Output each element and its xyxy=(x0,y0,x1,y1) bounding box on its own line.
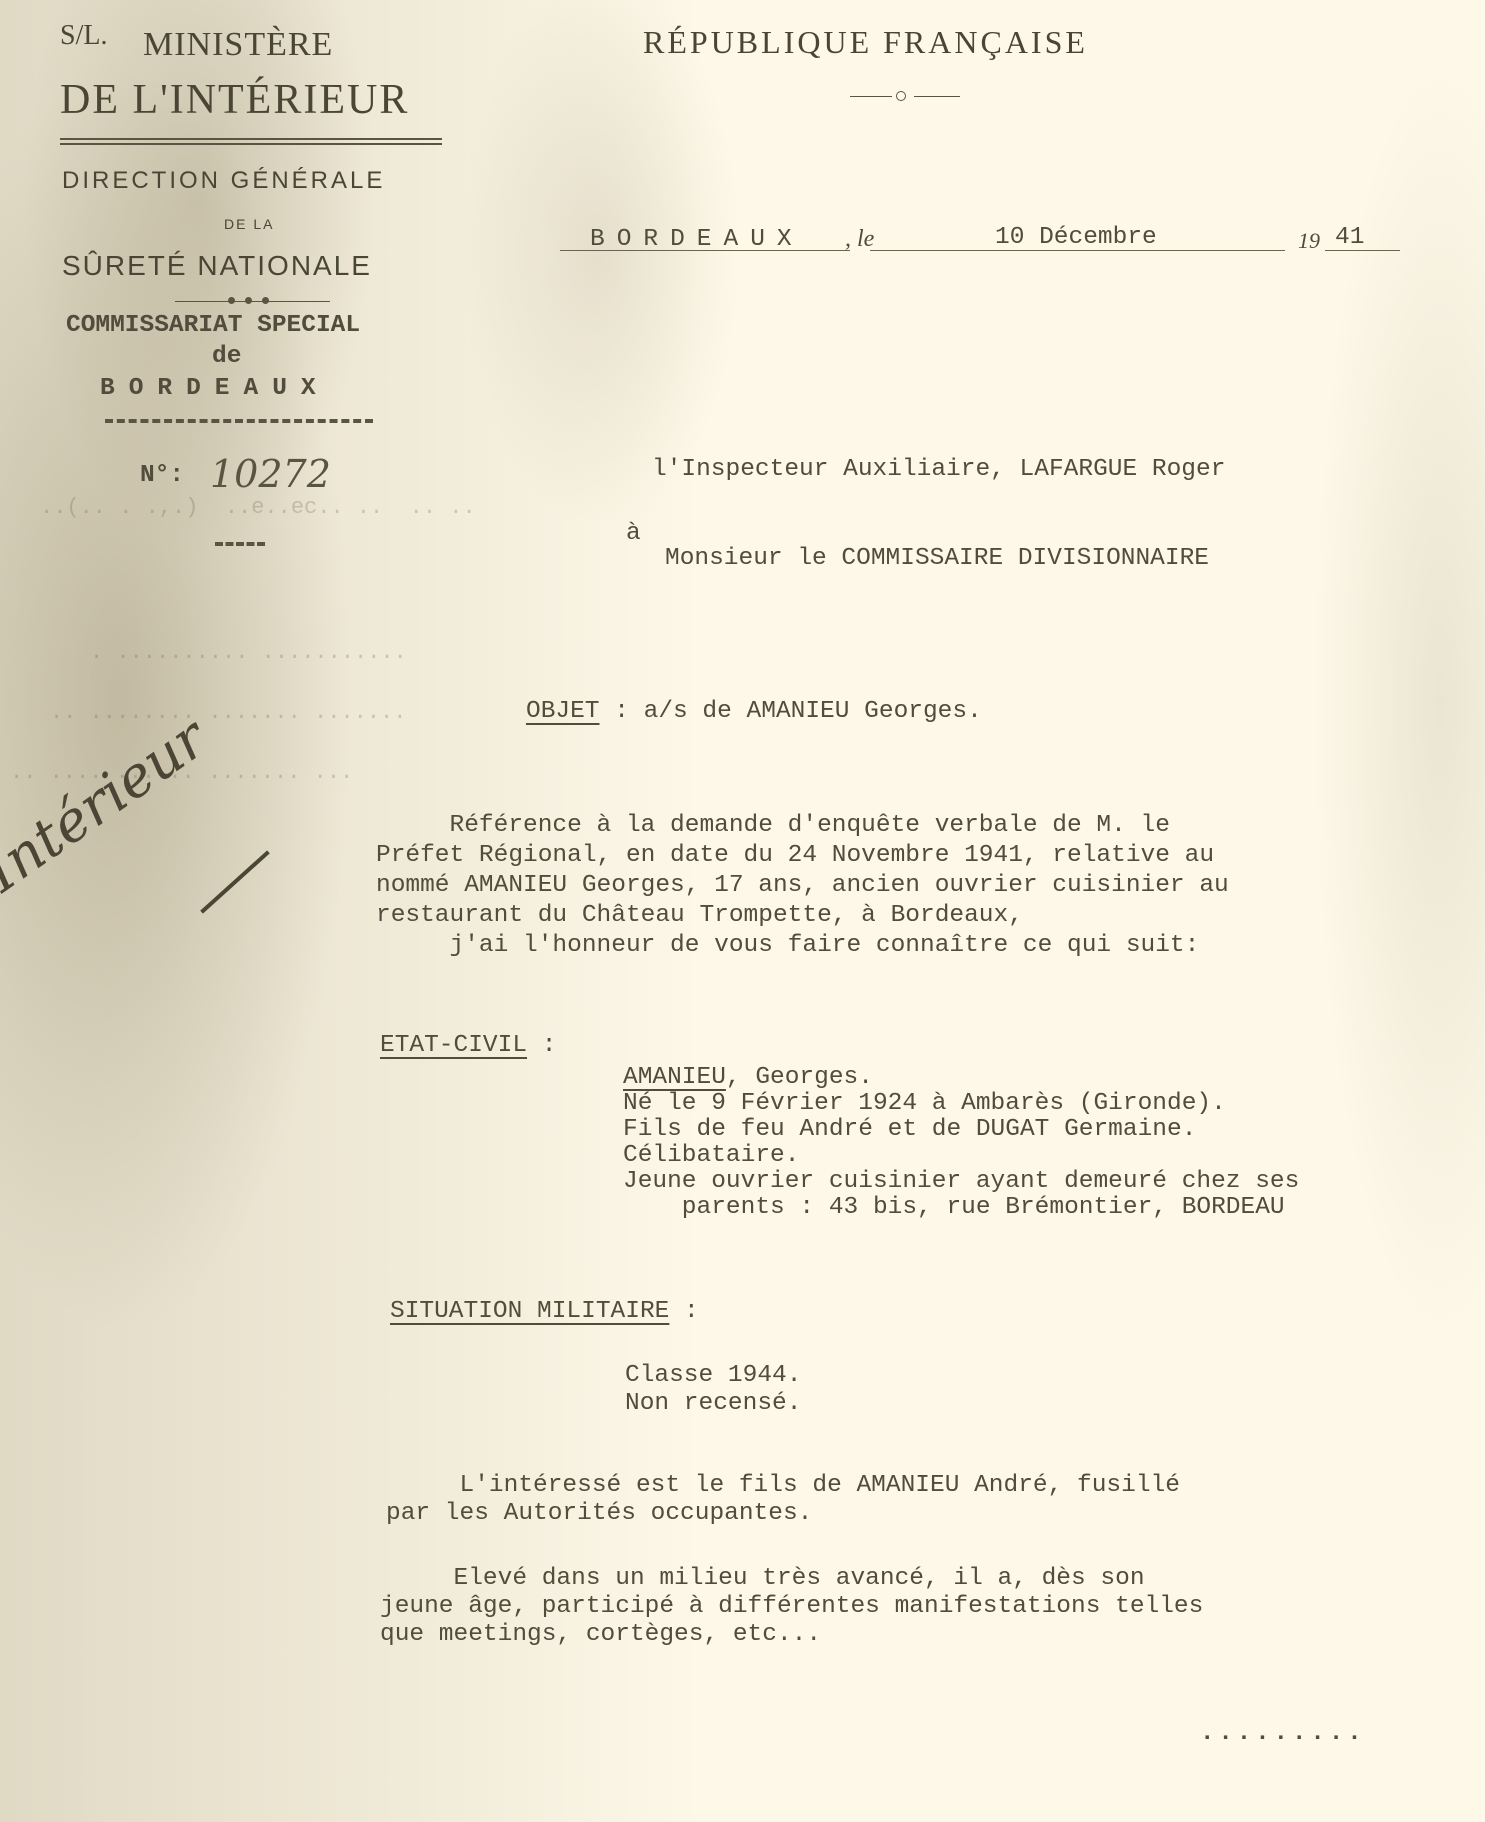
ornament-rule xyxy=(175,301,330,302)
situation-militaire-colon: : xyxy=(669,1298,698,1325)
commissariat-special: COMMISSARIAT SPECIAL xyxy=(66,312,360,339)
ornament-dot-icon xyxy=(228,297,235,304)
etat-civil-line: Célibataire. xyxy=(623,1142,799,1169)
recipient-line: Monsieur le COMMISSAIRE DIVISIONNAIRE xyxy=(665,545,1209,572)
etat-civil-line: Né le 9 Février 1924 à Ambarès (Gironde)… xyxy=(623,1090,1226,1117)
upbringing-paragraph-line: que meetings, cortèges, etc... xyxy=(380,1621,821,1648)
intro-line: Préfet Régional, en date du 24 Novembre … xyxy=(376,842,1214,869)
bleed-through-text: .. ........ ....... ....... xyxy=(50,700,406,725)
military-line: Classe 1944. xyxy=(625,1362,801,1389)
upbringing-paragraph-line: jeune âge, participé à différentes manif… xyxy=(380,1593,1203,1620)
letterhead-rule-bottom xyxy=(60,143,442,145)
military-line: Non recensé. xyxy=(625,1390,801,1417)
ministry-title-line2: DE L'INTÉRIEUR xyxy=(60,76,409,124)
etat-civil-heading: ETAT-CIVIL : xyxy=(380,1032,556,1059)
reference-number-label: N°: xyxy=(140,462,184,489)
dateline-year-suffix: 41 xyxy=(1335,224,1364,251)
intro-line: j'ai l'honneur de vous faire connaître c… xyxy=(376,932,1199,959)
given-name: , Georges. xyxy=(726,1064,873,1091)
intro-line: Référence à la demande d'enquête verbale… xyxy=(376,812,1170,839)
ornament-dot-icon xyxy=(245,297,252,304)
etat-civil-line: parents : 43 bis, rue Brémontier, BORDEA… xyxy=(623,1194,1285,1221)
letterhead-city: BORDEAUX xyxy=(100,375,330,402)
etat-civil-line: Jeune ouvrier cuisinier ayant demeuré ch… xyxy=(623,1168,1299,1195)
situation-militaire-heading: SITUATION MILITAIRE : xyxy=(390,1298,699,1325)
dateline-year-prefix: 19 xyxy=(1298,228,1320,254)
direction-generale: DIRECTION GÉNÉRALE xyxy=(62,167,385,195)
de-la-label: DE LA xyxy=(224,216,274,232)
surete-nationale: SÛRETÉ NATIONALE xyxy=(62,250,372,282)
father-paragraph-line: L'intéressé est le fils de AMANIEU André… xyxy=(386,1472,1180,1499)
continuation-dots: ......... xyxy=(1200,1720,1366,1747)
sl-stamp-mark: S/L. xyxy=(60,20,107,52)
letterhead-rule-top xyxy=(60,138,442,140)
etat-civil-line: Fils de feu André et de DUGAT Germaine. xyxy=(623,1116,1196,1143)
republic-rule-right xyxy=(914,96,960,97)
etat-civil-colon: : xyxy=(527,1032,556,1059)
objet-line: OBJET : a/s de AMANIEU Georges. xyxy=(526,698,982,725)
etat-civil-label: ETAT-CIVIL xyxy=(380,1032,527,1059)
de-label: de xyxy=(212,343,241,370)
bleed-through-text: . .......... ........... xyxy=(90,640,407,665)
annotation-slash-mark xyxy=(200,850,270,913)
republic-header: RÉPUBLIQUE FRANÇAISE xyxy=(643,24,1088,61)
surname-underlined: AMANIEU xyxy=(623,1064,726,1091)
intro-line: restaurant du Château Trompette, à Borde… xyxy=(376,902,1023,929)
document-page: S/L. MINISTÈRE DE L'INTÉRIEUR DIRECTION … xyxy=(0,0,1485,1822)
republic-rule-left xyxy=(850,96,892,97)
dateline-city: BORDEAUX xyxy=(590,226,804,253)
intro-line: nommé AMANIEU Georges, 17 ans, ancien ou… xyxy=(376,872,1229,899)
ministry-title-line1: MINISTÈRE xyxy=(143,26,333,64)
bleed-through-text: ..(.. . .,.) ..e..ec.. .. .. .. xyxy=(40,495,476,520)
objet-text: : a/s de AMANIEU Georges. xyxy=(600,698,982,725)
to-preposition: à xyxy=(626,520,641,547)
upbringing-paragraph-line: Elevé dans un milieu très avancé, il a, … xyxy=(380,1565,1145,1592)
situation-militaire-label: SITUATION MILITAIRE xyxy=(390,1298,669,1325)
republic-ornament-circle-icon xyxy=(896,91,906,101)
etat-civil-name: AMANIEU, Georges. xyxy=(623,1064,873,1091)
dateline-day-month: 10 Décembre xyxy=(995,224,1157,251)
reference-number-handwritten: 10272 xyxy=(210,452,331,496)
small-dashed-separator xyxy=(215,542,265,546)
handwritten-annotation: Intérieur xyxy=(0,706,218,905)
father-paragraph-line: par les Autorités occupantes. xyxy=(386,1500,812,1527)
sender-line: l'Inspecteur Auxiliaire, LAFARGUE Roger xyxy=(652,456,1225,483)
objet-label: OBJET xyxy=(526,698,600,725)
ornament-dot-icon xyxy=(262,297,269,304)
dateline-le: , le xyxy=(845,226,874,253)
dashed-separator xyxy=(105,419,373,423)
